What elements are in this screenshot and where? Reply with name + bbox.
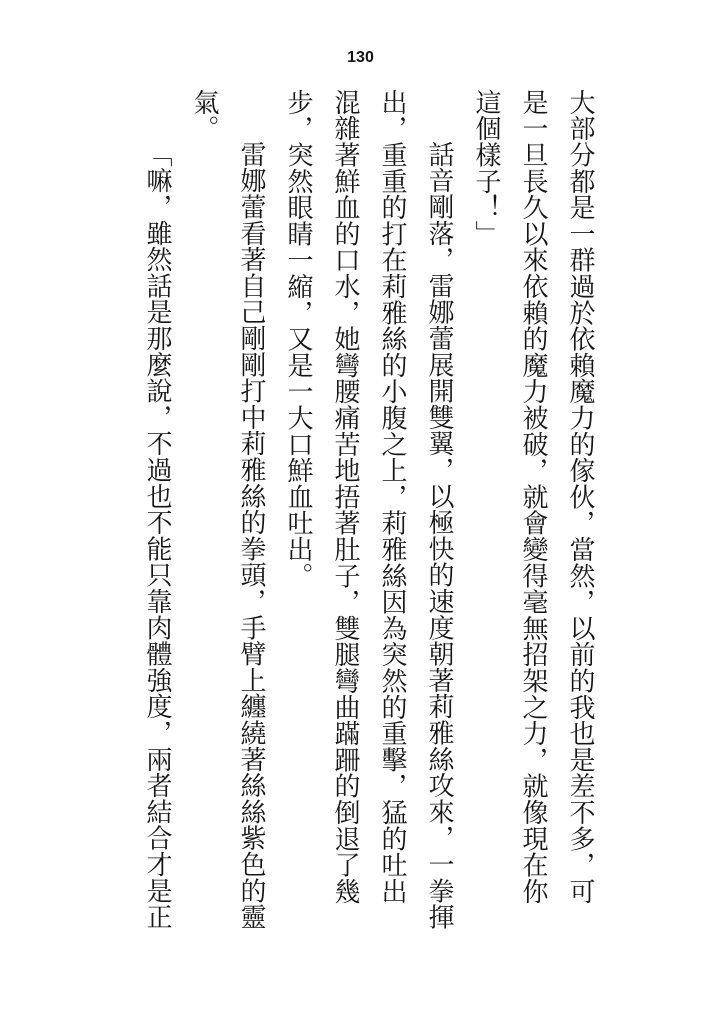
paragraph: 話音剛落，雷娜蕾展開雙翼，以極快的速度朝著莉雅絲攻來，一拳揮出，重重的打在莉雅絲… [275, 89, 463, 930]
vertical-text-block: 大部分都是一群過於依賴魔力的傢伙，當然，以前的我也是差不多，可是一旦長久以來依賴… [134, 89, 604, 930]
page-number: 130 [0, 50, 721, 66]
paragraph: 「嘛，雖然話是那麼說，不過也不能只靠肉體強度，兩者結合才是正 [134, 89, 181, 930]
paragraph: 大部分都是一群過於依賴魔力的傢伙，當然，以前的我也是差不多，可是一旦長久以來依賴… [463, 89, 604, 930]
book-page: 130 大部分都是一群過於依賴魔力的傢伙，當然，以前的我也是差不多，可是一旦長久… [0, 0, 721, 1020]
paragraph: 雷娜蕾看著自己剛剛打中莉雅絲的拳頭，手臂上纏繞著絲絲紫色的靈氣。 [181, 89, 275, 930]
